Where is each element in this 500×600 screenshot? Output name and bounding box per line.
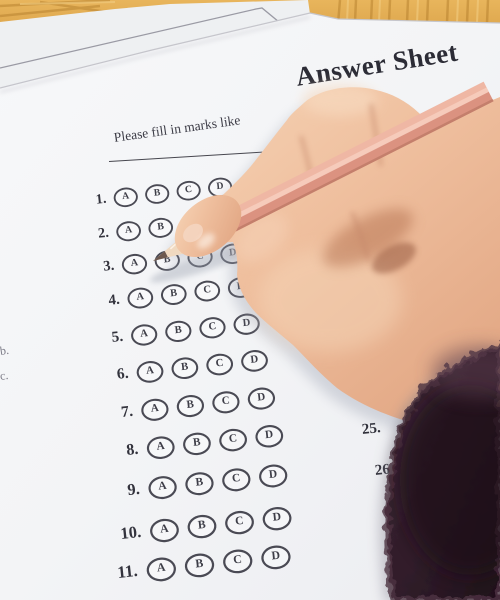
bubble-letter: A [156, 563, 166, 576]
bubble-8-B: B [182, 431, 212, 456]
instruction-underline [109, 150, 297, 162]
bubble-letter: A [150, 404, 159, 416]
bubble-8-D: D [254, 424, 284, 449]
question-number: 2. [87, 225, 109, 243]
bubble-letter: A [156, 442, 165, 454]
answer-row-6: 6.ABCD [105, 348, 277, 387]
bubble-letter: D [242, 319, 251, 330]
bubble-letter: B [186, 400, 194, 412]
bubble-letter: C [215, 359, 224, 371]
question-number: 1. [85, 191, 107, 209]
bubble-4-A: A [126, 286, 154, 309]
bubble-5-C: C [198, 316, 226, 340]
bubble-7-C: C [211, 390, 240, 415]
bubble-letter: D [216, 182, 224, 192]
bubble-letter: B [174, 326, 182, 337]
bubble-letter: C [189, 219, 197, 230]
bubble-1-D: D [207, 176, 233, 198]
bubble-letter: A [158, 481, 167, 493]
bubble-5-D: D [232, 312, 260, 336]
bubble-letter: D [268, 470, 277, 482]
bubble-3-B: B [154, 249, 181, 272]
answer-row-8: 8.ABCD [114, 423, 293, 464]
bubble-6-A: A [136, 360, 165, 384]
bubble-letter: B [170, 289, 178, 300]
bubble-letter: B [198, 520, 207, 532]
bubble-11-C: C [222, 548, 254, 575]
bubble-11-A: A [145, 556, 177, 583]
answer-row-11: 11.ABCD [112, 543, 301, 586]
bubble-2-B: B [147, 217, 174, 239]
bubble-3-C: C [186, 246, 213, 269]
bubble-letter: C [235, 516, 245, 528]
bubble-3-D: D [219, 242, 246, 265]
bubble-letter: A [136, 292, 145, 303]
bubble-4-B: B [160, 283, 188, 306]
bubble-letter: B [163, 255, 171, 266]
question-number: 11. [112, 562, 139, 584]
paper-text-fragment: b. [0, 343, 10, 359]
bubble-3-A: A [121, 253, 148, 276]
bubble-10-C: C [224, 510, 255, 536]
bubble-letter: A [122, 192, 130, 202]
question-number: 5. [100, 329, 124, 348]
bubble-10-D: D [261, 506, 292, 532]
bubble-2-D: D [212, 210, 239, 232]
bubble-8-A: A [146, 435, 176, 460]
question-number: 3. [92, 258, 115, 277]
sheet-content: Answer Sheet Please fill in marks like 1… [0, 0, 500, 600]
bubble-letter: C [203, 285, 212, 296]
answer-row-1: 1.ABCD [85, 176, 241, 212]
question-number: 8. [114, 441, 139, 462]
bubble-9-C: C [221, 467, 252, 493]
bubble-letter: C [208, 322, 217, 333]
sheet-title: Answer Sheet [294, 28, 500, 93]
right-question-number: 26 [374, 461, 391, 479]
bubble-10-B: B [186, 513, 217, 539]
bubble-4-D: D [227, 276, 255, 299]
answer-row-3: 3.ABCD [92, 242, 254, 279]
bubble-letter: C [196, 252, 204, 263]
bubble-6-B: B [170, 356, 199, 380]
bubble-letter: D [272, 512, 282, 524]
bubble-letter: A [125, 226, 133, 237]
bubble-letter: B [153, 189, 161, 199]
bubble-letter: D [229, 248, 237, 259]
question-number: 4. [97, 292, 120, 311]
bubble-letter: A [140, 329, 149, 340]
answer-row-9: 9.ABCD [115, 462, 297, 504]
bubble-6-C: C [205, 352, 234, 376]
bubble-letter: D [265, 430, 274, 442]
bubble-letter: D [271, 551, 281, 564]
answer-row-5: 5.ABCD [100, 311, 269, 350]
question-number: 7. [109, 403, 134, 423]
bubble-7-B: B [176, 394, 205, 419]
bubble-letter: A [130, 259, 138, 270]
bubble-letter: D [236, 282, 245, 293]
bubble-letter: C [232, 474, 241, 486]
bubble-6-D: D [240, 349, 269, 373]
answer-row-2: 2.ABCD [87, 209, 246, 245]
bubble-letter: B [193, 438, 202, 450]
bubble-10-A: A [149, 517, 180, 543]
fill-instruction: Please fill in marks like [113, 112, 241, 146]
bubble-1-C: C [176, 180, 202, 202]
bubble-11-B: B [184, 552, 216, 579]
bubble-2-C: C [180, 213, 207, 235]
question-number: 6. [105, 365, 129, 385]
question-number: 10. [116, 524, 142, 545]
photo-answer-sheet-scene: Answer Sheet Please fill in marks like 1… [0, 0, 500, 600]
bubble-1-A: A [113, 186, 139, 208]
bubble-letter: B [195, 559, 204, 572]
question-number: 9. [115, 481, 141, 502]
bubble-7-D: D [247, 386, 276, 411]
bubble-4-C: C [193, 279, 221, 302]
bubble-11-D: D [260, 544, 292, 571]
right-question-number: 25. [361, 420, 381, 439]
bubble-9-D: D [258, 463, 289, 489]
bubble-letter: C [221, 396, 230, 408]
bubble-7-A: A [140, 397, 169, 422]
bubble-letter: C [185, 185, 193, 195]
answer-row-10: 10.ABCD [116, 505, 302, 547]
bubble-5-A: A [130, 323, 158, 347]
bubble-1-B: B [144, 183, 170, 205]
answer-row-7: 7.ABCD [109, 385, 285, 425]
bubble-letter: C [228, 434, 237, 446]
bubble-letter: A [160, 524, 170, 536]
bubble-letter: C [233, 555, 243, 568]
bubble-letter: A [146, 366, 155, 378]
answer-row-4: 4.ABCD [97, 275, 263, 313]
bubble-8-C: C [218, 427, 248, 452]
bubble-letter: B [195, 478, 204, 490]
bubble-9-B: B [184, 471, 215, 497]
paper-text-fragment: c. [0, 368, 9, 384]
bubble-2-A: A [115, 220, 142, 242]
bubble-letter: D [221, 216, 229, 227]
bubble-letter: B [157, 223, 165, 234]
bubble-letter: D [250, 355, 259, 367]
bubble-5-B: B [164, 319, 192, 343]
bubble-9-A: A [147, 475, 178, 501]
bubble-letter: B [181, 362, 189, 374]
bubble-letter: D [257, 393, 266, 405]
